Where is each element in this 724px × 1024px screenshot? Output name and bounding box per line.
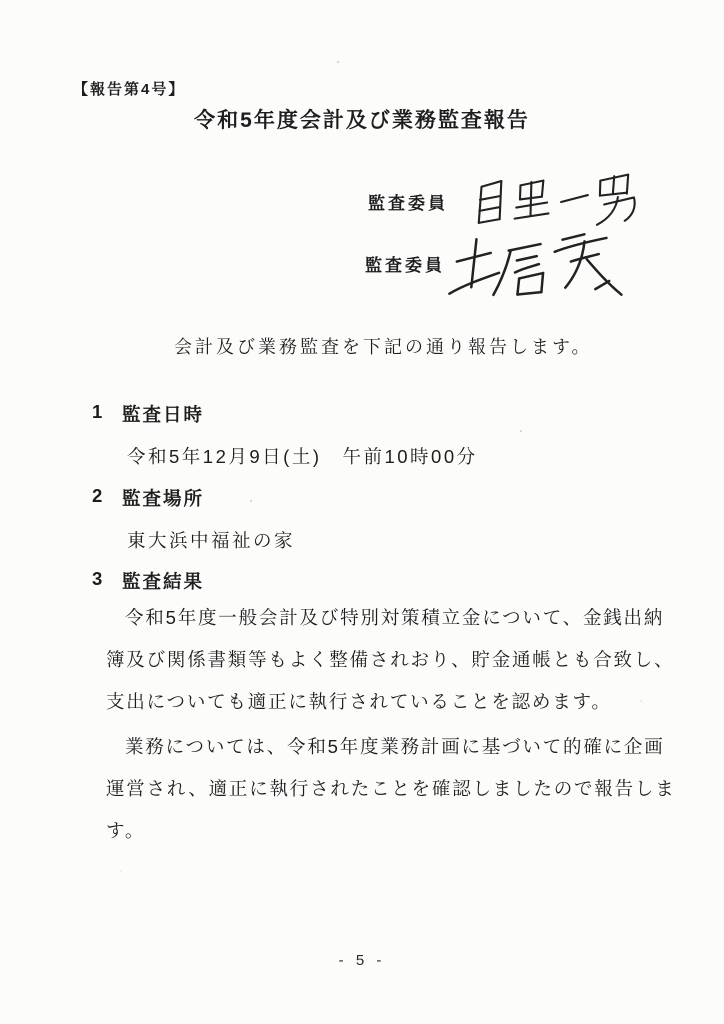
section-number: 2 [92,485,104,507]
section-number: 3 [92,568,104,590]
section-heading: 監査場所 [122,485,204,511]
auditor-role-label-1: 監査委員 [368,189,448,214]
paragraph-line: 運営され、適正に執行されたことを確認しましたので報告しま [106,768,676,810]
page-number: - 5 - [0,952,724,969]
paragraph-line: す。 [106,810,676,852]
auditor-role-label-2: 監査委員 [365,251,445,276]
audit-location-value: 東大浜中福祉の家 [127,527,295,553]
scan-speck [640,700,642,702]
result-paragraph-2: 業務については、令和5年度業務計画に基づいて的確に企画 運営され、適正に執行され… [106,726,676,852]
page-title: 令和5年度会計及び業務監査報告 [0,104,724,134]
paragraph-line: 支出についても適正に執行されていることを認めます。 [106,681,674,723]
report-number-label: 【報告第4号】 [73,78,185,99]
paragraph-line: 業務については、令和5年度業務計画に基づいて的確に企画 [106,726,676,768]
scan-speck [337,61,339,63]
paragraph-line: 簿及び関係書類等もよく整備されおり、貯金通帳とも合致し、 [106,639,674,681]
result-paragraph-1: 令和5年度一般会計及び特別対策積立金について、金銭出納 簿及び関係書類等もよく整… [106,597,674,723]
scan-speck [120,870,122,872]
section-heading: 監査結果 [122,568,204,594]
section-heading: 監査日時 [122,401,204,427]
scan-speck [250,500,252,502]
scanned-document-page: 【報告第4号】 令和5年度会計及び業務監査報告 監査委員 監査委員 [0,0,724,1024]
audit-datetime-value: 令和5年12月9日(土) 午前10時00分 [127,443,478,469]
section-number: 1 [92,401,104,423]
scan-speck [520,430,522,432]
intro-statement: 会計及び業務監査を下記の通り報告します。 [174,333,593,359]
auditor-signature-2 [442,224,648,315]
paragraph-line: 令和5年度一般会計及び特別対策積立金について、金銭出納 [106,597,674,639]
